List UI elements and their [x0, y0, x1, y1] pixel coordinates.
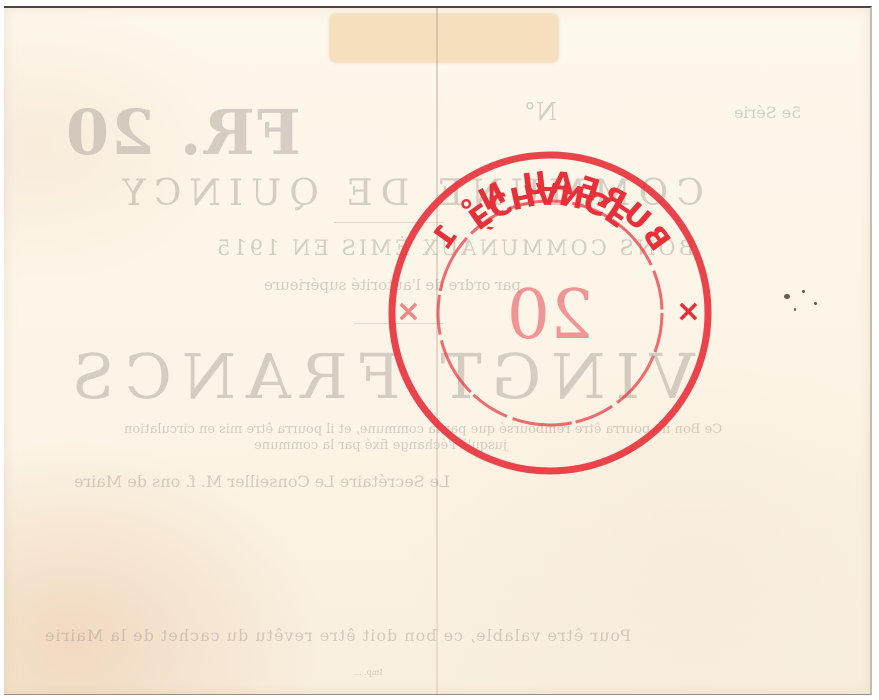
ghost-printer-line: Imp. ... — [354, 668, 383, 677]
ghost-series: 5e Série — [734, 103, 801, 122]
ghost-validity-note: Pour être valable, ce bon doit être revê… — [44, 626, 631, 645]
stamp-separator-left: × — [396, 294, 424, 329]
ink-specks — [784, 288, 824, 318]
ghost-number-label: N° — [524, 98, 557, 126]
stamp-separator-right: × — [676, 294, 704, 329]
exchange-bureau-stamp: BUREAU N° 1 ÉCHANGE × × 20 — [380, 143, 720, 483]
tape-strip — [330, 14, 558, 62]
ghost-denomination-mark: FR. 20 — [64, 96, 301, 169]
stamp-ghost-center-value: 20 — [507, 276, 594, 355]
